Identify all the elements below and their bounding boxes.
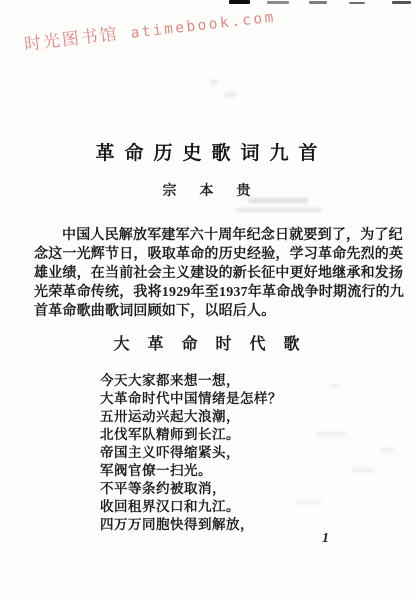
poem-line: 帝国主义吓得缩紧头， <box>100 444 282 462</box>
scan-mark-3 <box>309 1 327 4</box>
ink-smudge <box>210 80 218 84</box>
scan-mark-5 <box>392 1 411 4</box>
author-name: 宗本贵 <box>0 180 413 200</box>
intro-line: 雄业绩，在当前社会主义建设的新长征中更好地继承和发扬 <box>34 264 384 283</box>
ink-smudge <box>316 432 346 436</box>
page-number: 1 <box>322 531 329 547</box>
ink-smudge <box>296 500 322 504</box>
intro-line: 首革命歌曲歌词回顾如下，以昭后人。 <box>34 302 384 321</box>
section-heading: 大革命时代歌 <box>0 331 413 354</box>
poem-line: 四万万同胞快得到解放， <box>100 516 282 534</box>
poem-line: 军阀官僚一扫光。 <box>100 462 282 480</box>
ink-smudge <box>380 448 394 452</box>
scanned-book-page: 时光图书馆 atimebook.com 革命历史歌词九首 宗本贵 中国人民解放军… <box>0 0 413 600</box>
ink-smudge <box>248 198 308 203</box>
poem-line: 五卅运动兴起大浪潮， <box>100 408 282 426</box>
watermark-library-name: 时光图书馆 <box>23 19 120 55</box>
scan-mark-1 <box>229 0 250 4</box>
ink-smudge <box>236 208 322 212</box>
page-title: 革命历史歌词九首 <box>0 138 413 165</box>
ink-smudge <box>330 384 340 388</box>
scan-mark-4 <box>349 2 365 4</box>
ink-smudge <box>352 468 374 472</box>
intro-line: 念这一光辉节日，吸取革命的历史经验，学习革命先烈的英 <box>34 245 384 264</box>
song-lyrics: 今天大家都来想一想， 大革命时代中国情绪是怎样？ 五卅运动兴起大浪潮， 北伐军队… <box>100 372 282 534</box>
intro-line: 中国人民解放军建军六十周年纪念日就要到了，为了纪 <box>34 226 384 245</box>
poem-line: 大革命时代中国情绪是怎样？ <box>100 390 282 408</box>
poem-line: 不平等条约被取消， <box>100 480 282 498</box>
ink-smudge <box>224 92 236 97</box>
poem-line: 收回租界汉口和九江。 <box>100 498 282 516</box>
poem-line: 今天大家都来想一想， <box>100 372 282 390</box>
poem-line: 北伐军队精师到长江。 <box>100 426 282 444</box>
library-watermark: 时光图书馆 atimebook.com <box>23 1 277 54</box>
intro-line: 光荣革命传统，我将1929年至1937年革命战争时期流行的九 <box>34 283 384 302</box>
intro-paragraph: 中国人民解放军建军六十周年纪念日就要到了，为了纪 念这一光辉节日，吸取革命的历史… <box>34 226 384 321</box>
watermark-site-url: atimebook.com <box>130 9 277 41</box>
